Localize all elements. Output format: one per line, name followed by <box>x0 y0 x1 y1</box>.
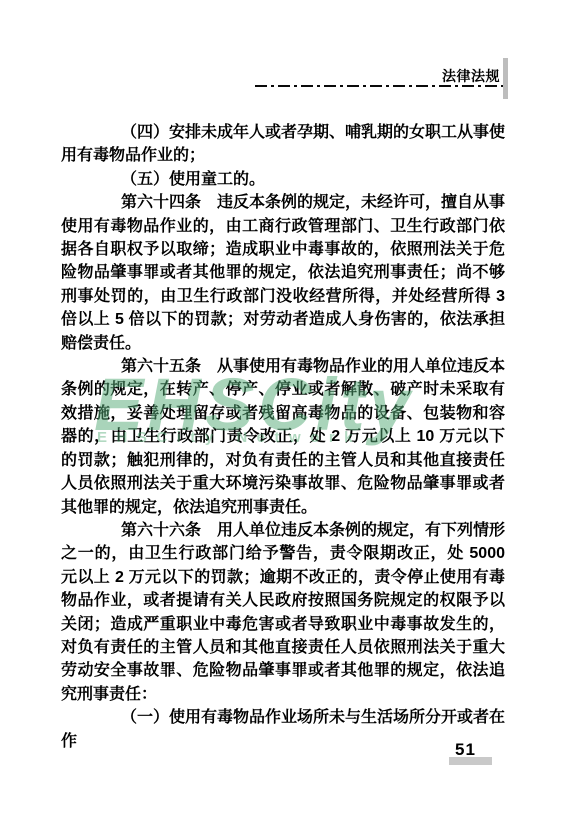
paragraph-item-1: （一）使用有毒物品作业场所未与生活场所分开或者在作 <box>61 706 505 753</box>
paragraph-article-64: 第六十四条 违反本条例的规定，未经许可，擅自从事使用有毒物品作业的，由工商行政管… <box>61 191 505 355</box>
page-edge-mark <box>503 58 508 99</box>
document-body: （四）安排未成年人或者孕期、哺乳期的女职工从事使用有毒物品作业的； （五）使用童… <box>61 121 505 753</box>
document-page: 法律法规 （四）安排未成年人或者孕期、哺乳期的女职工从事使用有毒物品作业的； （… <box>0 0 579 817</box>
page-header-title: 法律法规 <box>442 66 500 86</box>
paragraph-article-66: 第六十六条 用人单位违反本条例的规定，有下列情形之一的，由卫生行政部门给予警告，… <box>61 519 505 706</box>
paragraph-item-4: （四）安排未成年人或者孕期、哺乳期的女职工从事使用有毒物品作业的； <box>61 121 505 168</box>
paragraph-item-5: （五）使用童工的。 <box>61 168 505 191</box>
page-number-underline <box>449 757 492 765</box>
header-divider-line <box>255 85 503 87</box>
paragraph-article-65: 第六十五条 从事使用有毒物品作业的用人单位违反本条例的规定，在转产、停产、停业或… <box>61 355 505 519</box>
